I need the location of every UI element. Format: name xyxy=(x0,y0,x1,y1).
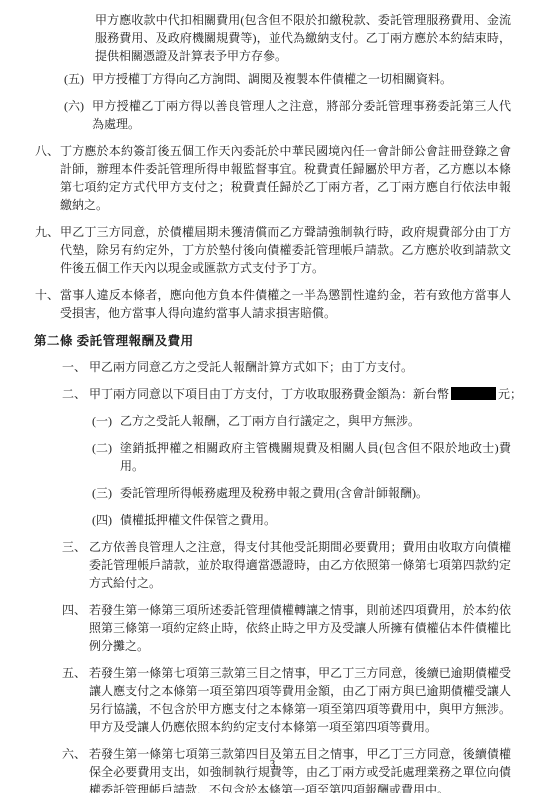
item-text: 若發生第一條第七項第三款第三目之情事，甲乙丁三方同意，後續已逾期債權受讓人應支付… xyxy=(89,664,511,736)
item-marker: (一) xyxy=(92,412,120,430)
sec2-subitem-3: (三) 委託管理所得帳務處理及稅務申報之費用(含會計師報酬)。 xyxy=(0,484,545,502)
item-text: 塗銷抵押權之相關政府主管機關規費及相關人員(包含但不限於地政士)費用。 xyxy=(120,439,511,475)
sec1-item-10: 十、 當事人違反本條者，應向他方負本件債權之一半為懲罰性違約金，若有致他方當事人… xyxy=(0,286,545,322)
item-marker: 一、 xyxy=(62,358,89,376)
item-marker: (五) xyxy=(64,70,92,88)
item-marker: 十、 xyxy=(35,286,60,322)
item-text: 委託管理所得帳務處理及稅務申報之費用(含會計師報酬)。 xyxy=(120,484,511,502)
sec1-item-8: 八、 丁方應於本約簽訂後五個工作天內委託於中華民國境內任一會計師公會註冊登錄之會… xyxy=(0,142,545,214)
item-marker: (四) xyxy=(92,511,120,529)
item-marker: 二、 xyxy=(62,385,89,403)
sec1-subitem-6: (六) 甲方授權乙丁兩方得以善良管理人之注意，將部分委託管理事務委託第三人代為處… xyxy=(0,97,545,133)
item-marker: 八、 xyxy=(35,142,60,214)
item-text: 若發生第一條第三項所述委託管理債權轉讓之情事，則前述四項費用，於本約依照第三條第… xyxy=(89,601,511,655)
item-text: 甲乙丁三方同意，於債權屆期未獲清償而乙方聲請強制執行時，政府規費部分由丁方代墊，… xyxy=(60,223,511,277)
sec2-item-4: 四、 若發生第一條第三項所述委託管理債權轉讓之情事，則前述四項費用，於本約依照第… xyxy=(0,601,545,655)
article-2-heading: 第二條 委託管理報酬及費用 xyxy=(0,331,545,351)
sec1-subitem-5: (五) 甲方授權丁方得向乙方詢問、調閱及複製本件債權之一切相關資料。 xyxy=(0,70,545,88)
contract-page: 甲方應收款中代扣相關費用(包含但不限於扣繳稅款、委託管理服務費用、金流服務費用、… xyxy=(0,0,545,793)
item-text: 乙方之受託人報酬，乙丁兩方自行議定之，與甲方無涉。 xyxy=(120,412,511,430)
item-marker: (三) xyxy=(92,484,120,502)
item-marker: 四、 xyxy=(62,601,89,655)
item-text-with-redaction: 甲丁兩方同意以下項目由丁方支付，丁方收取服務費金額為：新台幣元； xyxy=(89,385,511,403)
sec2-item-2: 二、 甲丁兩方同意以下項目由丁方支付，丁方收取服務費金額為：新台幣元； xyxy=(0,385,545,403)
item-text: 甲乙兩方同意乙方之受託人報酬計算方式如下；由丁方支付。 xyxy=(89,358,511,376)
sec1-item-9: 九、 甲乙丁三方同意，於債權屆期未獲清償而乙方聲請強制執行時，政府規費部分由丁方… xyxy=(0,223,545,277)
sec2-item-5: 五、 若發生第一條第七項第三款第三目之情事，甲乙丁三方同意，後續已逾期債權受讓人… xyxy=(0,664,545,736)
carryover-paragraph-text: 甲方應收款中代扣相關費用(包含但不限於扣繳稅款、委託管理服務費用、金流服務費用、… xyxy=(95,11,511,65)
sec2-subitem-1: (一) 乙方之受託人報酬，乙丁兩方自行議定之，與甲方無涉。 xyxy=(0,412,545,430)
item-text-before-redaction: 甲丁兩方同意以下項目由丁方支付，丁方收取服務費金額為：新台幣 xyxy=(89,387,449,401)
item-text: 乙方依善良管理人之注意，得支付其他受託期間必要費用；費用由收取方向債權委託管理帳… xyxy=(89,538,511,592)
carryover-paragraph: 甲方應收款中代扣相關費用(包含但不限於扣繳稅款、委託管理服務費用、金流服務費用、… xyxy=(0,11,545,65)
item-marker: (六) xyxy=(64,97,92,133)
item-text: 當事人違反本條者，應向他方負本件債權之一半為懲罰性違約金，若有致他方當事人受損害… xyxy=(60,286,511,322)
item-marker: 五、 xyxy=(62,664,89,736)
item-marker: 九、 xyxy=(35,223,60,277)
item-text: 債權抵押權文件保管之費用。 xyxy=(120,511,511,529)
sec2-subitem-4: (四) 債權抵押權文件保管之費用。 xyxy=(0,511,545,529)
sec2-item-3: 三、 乙方依善良管理人之注意，得支付其他受託期間必要費用；費用由收取方向債權委託… xyxy=(0,538,545,592)
redacted-amount-box xyxy=(451,387,496,400)
item-marker: 三、 xyxy=(62,538,89,592)
sec2-item-1: 一、 甲乙兩方同意乙方之受託人報酬計算方式如下；由丁方支付。 xyxy=(0,358,545,376)
item-marker: (二) xyxy=(92,439,120,475)
item-text: 甲方授權乙丁兩方得以善良管理人之注意，將部分委託管理事務委託第三人代為處理。 xyxy=(92,97,511,133)
item-text-after-redaction: 元； xyxy=(498,387,522,401)
item-text: 甲方授權丁方得向乙方詢問、調閱及複製本件債權之一切相關資料。 xyxy=(92,70,511,88)
item-text: 丁方應於本約簽訂後五個工作天內委託於中華民國境內任一會計師公會註冊登錄之會計師，… xyxy=(60,142,511,214)
page-number: 3 xyxy=(0,757,545,771)
sec2-subitem-2: (二) 塗銷抵押權之相關政府主管機關規費及相關人員(包含但不限於地政士)費用。 xyxy=(0,439,545,475)
